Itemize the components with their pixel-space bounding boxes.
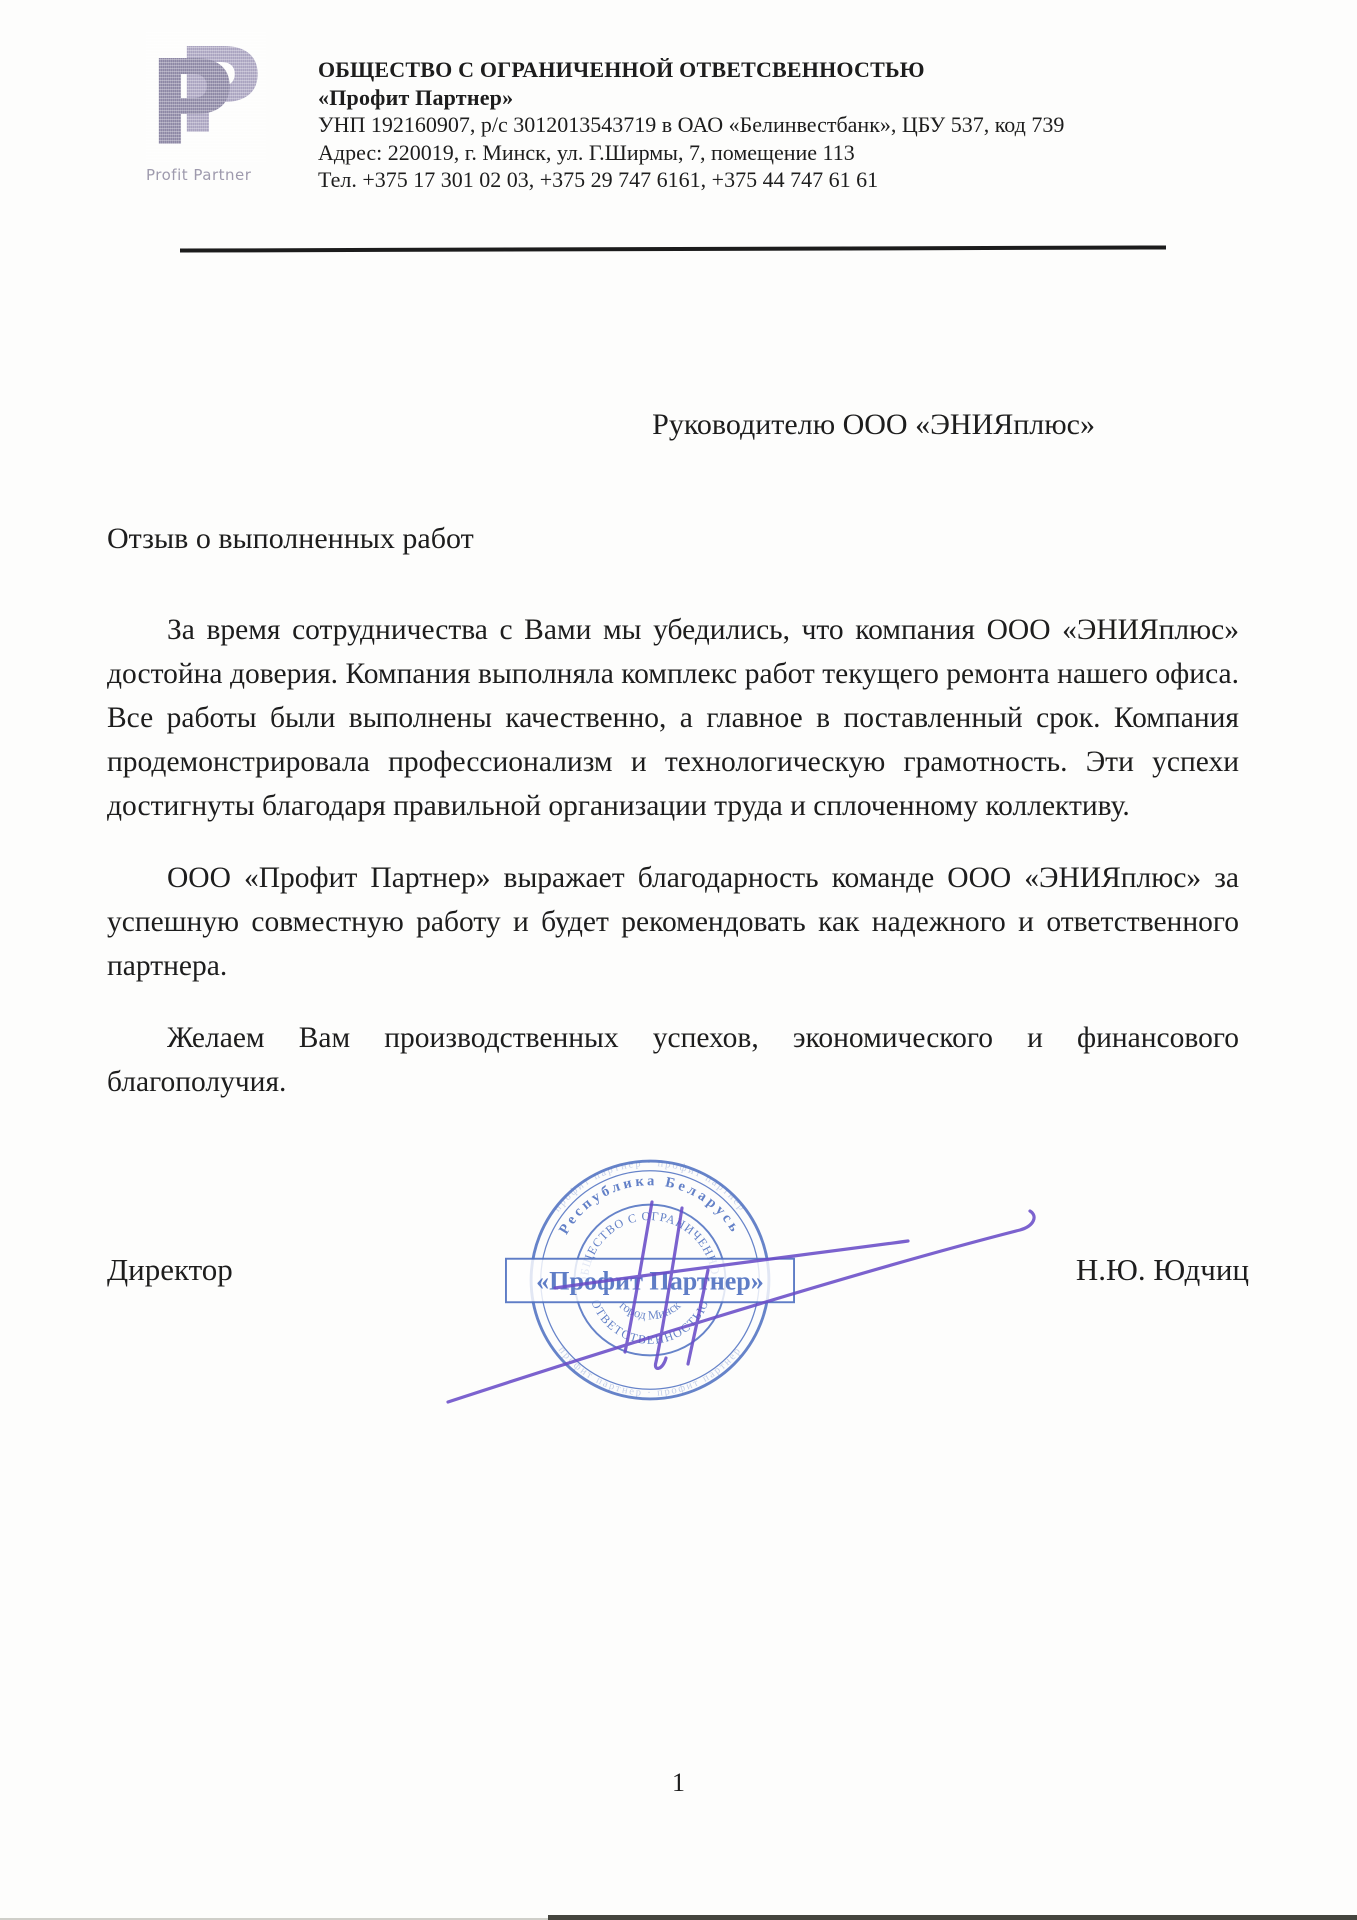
letterhead: ОБЩЕСТВО С ОГРАНИЧЕННОЙ ОТВЕТСВЕННОСТЬЮ … xyxy=(318,56,1078,194)
signature-title: Директор xyxy=(107,1252,233,1288)
page-number: 1 xyxy=(0,1768,1357,1798)
company-name-line2: «Профит Партнер» xyxy=(318,84,1078,112)
letter-page: P P Profit Partner ОБЩЕСТВО С ОГРАНИЧЕНН… xyxy=(0,0,1357,1920)
header-divider xyxy=(180,245,1166,252)
logo-halftone-overlay xyxy=(146,30,266,162)
company-requisites: УНП 192160907, р/с 3012013543719 в ОАО «… xyxy=(318,111,1078,139)
signature-name: Н.Ю. Юдчиц xyxy=(1076,1252,1249,1288)
company-name-line1: ОБЩЕСТВО С ОГРАНИЧЕННОЙ ОТВЕТСВЕННОСТЬЮ xyxy=(318,56,1078,84)
subject-line: Отзыв о выполненных работ xyxy=(107,522,474,556)
logo-caption: Profit Partner xyxy=(146,166,276,184)
company-logo: P P Profit Partner xyxy=(146,38,266,188)
body-paragraph: ООО «Профит Партнер» выражает благодарно… xyxy=(107,856,1239,988)
body-paragraph: Желаем Вам производственных успехов, эко… xyxy=(107,1016,1239,1104)
company-phones: Тел. +375 17 301 02 03, +375 29 747 6161… xyxy=(318,166,1078,194)
company-address: Адрес: 220019, г. Минск, ул. Г.Ширмы, 7,… xyxy=(318,139,1078,167)
handwritten-signature-icon xyxy=(420,1120,1070,1440)
recipient-line: Руководителю ООО «ЭНИЯплюс» xyxy=(652,408,1095,442)
letter-body: За время сотрудничества с Вами мы убедил… xyxy=(107,608,1239,1132)
body-paragraph: За время сотрудничества с Вами мы убедил… xyxy=(107,608,1239,828)
scan-artifact xyxy=(548,1915,1357,1920)
